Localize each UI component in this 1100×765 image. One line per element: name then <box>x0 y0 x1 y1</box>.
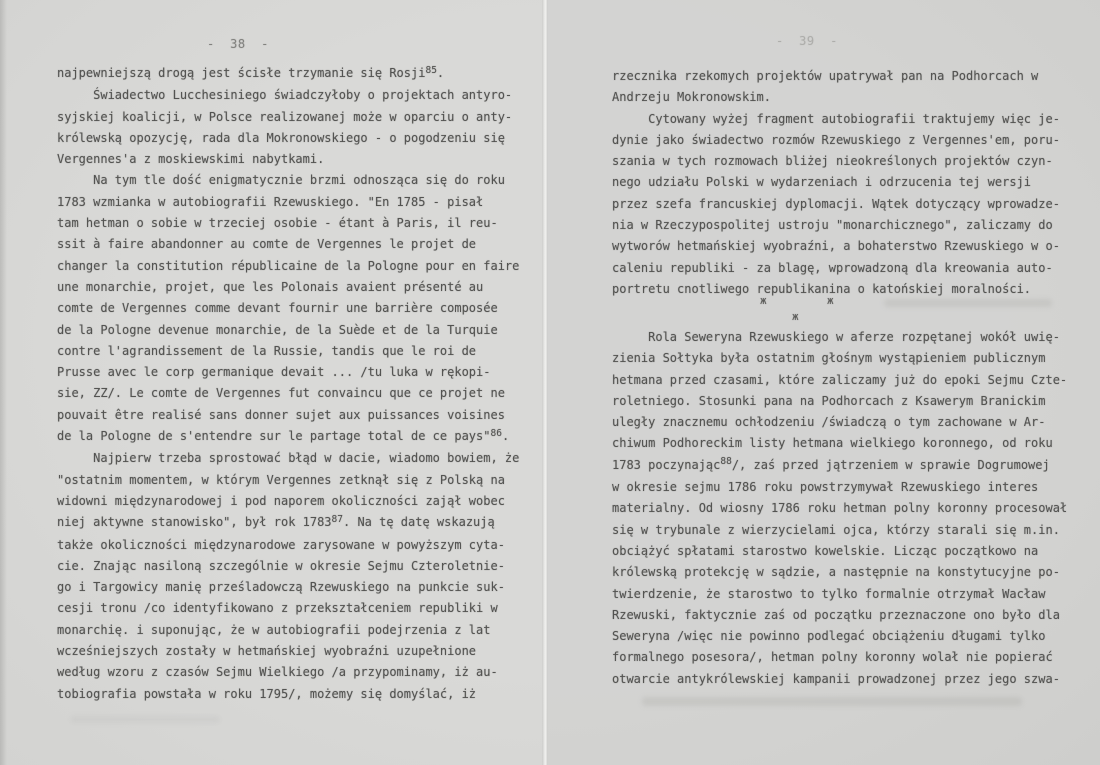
section-separator-mark: ж <box>792 310 799 323</box>
text-line: także okoliczności międzynarodowe zaryso… <box>57 535 519 556</box>
bleed-through-smudge <box>642 697 1022 706</box>
text-line: cesji tronu /co identyfikowano z przeksz… <box>57 598 519 619</box>
text-line: Seweryna /więc nie powinno podlegać obci… <box>612 626 1067 647</box>
text-line: formalnego posesora/, hetman polny koron… <box>612 647 1067 668</box>
text-line: królewską protekcję w sądzie, a następni… <box>612 562 1067 583</box>
text-line: twierdzenie, że starostwo to tylko forma… <box>612 584 1067 605</box>
text-line: chiwum Podhoreckim listy hetmana wielkie… <box>612 433 1067 454</box>
text-line: 1783 poczynając88/, zaś przed jątrzeniem… <box>612 455 1067 477</box>
text-line: comte de Vergennes comme devant fournir … <box>57 298 519 319</box>
text-line: nego udziału Polski w wydarzeniach i odr… <box>612 172 1060 193</box>
text-line: Świadectwo Lucchesiniego świadczyłoby o … <box>57 85 519 106</box>
bleed-through-smudge <box>884 299 1052 307</box>
text-line: obciążyć spłatami starostwo kowelskie. L… <box>612 541 1067 562</box>
text-line: Prusse avec le corp germanique devait ..… <box>57 362 519 383</box>
bleed-through-smudge <box>70 716 220 723</box>
text-line: dynie jako świadectwo rozmów Rzewuskiego… <box>612 130 1060 151</box>
text-line: wytworów hetmańskiej wyobraźni, a bohate… <box>612 236 1060 257</box>
page-gutter-seam <box>542 0 548 765</box>
text-line: królewską opozycję, rada dla Mokronowski… <box>57 128 519 149</box>
text-line: rzecznika rzekomych projektów upatrywał … <box>612 66 1060 87</box>
text-line: de la Pologne devenue monarchie, de la S… <box>57 320 519 341</box>
text-line: go i Targowicy manię prześladowczą Rzewu… <box>57 577 519 598</box>
text-line: contre l'agrandissement de la Russie, ta… <box>57 341 519 362</box>
text-line: otwarcie antykrólewskiej kampanii prowad… <box>612 669 1067 690</box>
text-line: szania w tych rozmowach bliżej nieokreśl… <box>612 151 1060 172</box>
page-number-38: - 38 - <box>207 37 269 51</box>
page-39-text-block-bottom: Rola Seweryna Rzewuskiego w aferze rozpę… <box>612 327 1067 690</box>
footnote-reference: 88 <box>720 456 731 467</box>
scanned-typescript-spread: - 38 - - 39 - najpewniejszą drogą jest ś… <box>0 0 1100 765</box>
text-line: według wzoru z czasów Sejmu Wielkiego /a… <box>57 662 519 683</box>
section-separator-mark: ж <box>827 294 834 307</box>
text-line: Andrzeju Mokronowskim. <box>612 87 1060 108</box>
text-line: Rzewuski, faktycznie zaś od początku prz… <box>612 605 1067 626</box>
text-line: się w trybunale z wierzycielami ojca, kt… <box>612 520 1067 541</box>
text-line: nia w Rzeczypospolitej ustroju "monarchi… <box>612 215 1060 236</box>
page-39-text-block-top: rzecznika rzekomych projektów upatrywał … <box>612 66 1060 300</box>
text-line: cie. Znając nasiloną szczególnie w okres… <box>57 556 519 577</box>
text-line: najpewniejszą drogą jest ścisłe trzymani… <box>57 63 519 85</box>
text-line: monarchię. i suponując, że w autobiograf… <box>57 620 519 641</box>
text-line: Najpierw trzeba sprostować błąd w dacie,… <box>57 448 519 469</box>
text-line: tobiografia powstała w roku 1795/, możem… <box>57 684 519 705</box>
footnote-reference: 85 <box>425 65 436 76</box>
footnote-reference: 87 <box>332 514 343 525</box>
text-line: materialny. Od wiosny 1786 roku hetman p… <box>612 498 1067 519</box>
section-separator-mark: ж <box>760 294 767 307</box>
page-number-39: - 39 - <box>776 34 838 48</box>
text-line: ssit à faire abandonner au comte de Verg… <box>57 234 519 255</box>
footnote-reference: 86 <box>490 428 501 439</box>
text-line: changer la constitution républicaine de … <box>57 256 519 277</box>
text-line: zienia Sołtyka była ostatnim głośnym wys… <box>612 348 1067 369</box>
text-line: Rola Seweryna Rzewuskiego w aferze rozpę… <box>612 327 1067 348</box>
text-line: caleniu republiki - za blagę, wprowadzon… <box>612 258 1060 279</box>
text-line: "ostatnim momentem, w którym Vergennes z… <box>57 470 519 491</box>
text-line: przez szefa francuskiej dyplomacji. Wąte… <box>612 194 1060 215</box>
text-line: roletniego. Stosunki pana na Podhorcach … <box>612 391 1067 412</box>
text-line: Vergennes'a z moskiewskimi nabytkami. <box>57 149 519 170</box>
text-line: 1783 wzmianka w autobiografii Rzewuskieg… <box>57 192 519 213</box>
text-line: w okresie sejmu 1786 roku powstrzymywał … <box>612 477 1067 498</box>
text-line: portretu cnotliwego republikanina o kato… <box>612 279 1060 300</box>
text-line: une monarchie, projet, que les Polonais … <box>57 277 519 298</box>
page-38-text-block: najpewniejszą drogą jest ścisłe trzymani… <box>57 63 519 705</box>
text-line: Cytowany wyżej fragment autobiografii tr… <box>612 109 1060 130</box>
text-line: niej aktywne stanowisko", był rok 178387… <box>57 512 519 534</box>
text-line: Na tym tle dość enigmatycznie brzmi odno… <box>57 170 519 191</box>
text-line: syjskiej koalicji, w Polsce realizowanej… <box>57 107 519 128</box>
text-line: de la Pologne de s'entendre sur le parta… <box>57 426 519 448</box>
text-line: widowni międzynarodowej i pod naporem ok… <box>57 491 519 512</box>
text-line: tam hetman o sobie w trzeciej osobie - é… <box>57 213 519 234</box>
text-line: hetmana przed czasami, które zaliczamy j… <box>612 370 1067 391</box>
scan-left-edge-shadow <box>0 0 7 765</box>
text-line: pouvait être realisé sans donner sujet a… <box>57 405 519 426</box>
text-line: sie, ZZ/. Le comte de Vergennes fut conv… <box>57 383 519 404</box>
text-line: wcześniejszych zostały w hetmańskiej wyo… <box>57 641 519 662</box>
text-line: uległy znacznemu ochłodzeniu /świadczą o… <box>612 412 1067 433</box>
